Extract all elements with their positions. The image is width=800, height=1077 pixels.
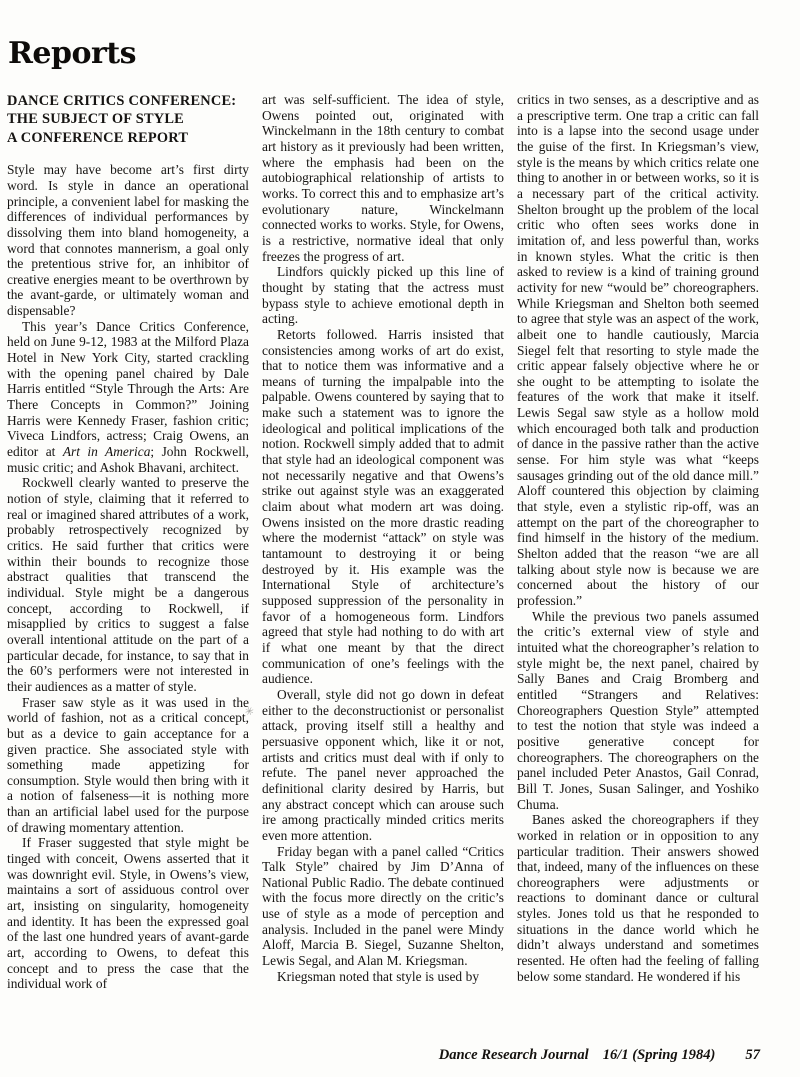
paragraph: Friday began with a panel called “Critic… <box>262 844 504 969</box>
paragraph: Kriegsman noted that style is used by <box>262 969 504 985</box>
issue-info: 16/1 (Spring 1984) <box>603 1047 716 1064</box>
scanned-journal-page: { "page": { "section_title": "Reports", … <box>0 0 800 1077</box>
journal-title: Dance Research Journal <box>439 1047 589 1064</box>
paragraph: art was self-sufficient. The idea of sty… <box>262 92 504 264</box>
paragraph: If Fraser suggested that style might be … <box>7 835 249 992</box>
text-column-3: critics in two senses, as a descriptive … <box>517 92 759 992</box>
page-number: 57 <box>745 1047 760 1064</box>
paragraph: Rockwell clearly wanted to preserve the … <box>7 475 249 694</box>
paragraph: Lindfors quickly picked up this line of … <box>262 264 504 327</box>
paragraph: Overall, style did not go down in defeat… <box>262 687 504 844</box>
paragraph: Fraser saw style as it was used in the w… <box>7 695 249 836</box>
article-heading-line: DANCE CRITICS CONFERENCE: <box>7 92 249 110</box>
paragraph: Banes asked the choreographers if they w… <box>517 812 759 984</box>
article-heading-line: THE SUBJECT OF STYLE <box>7 110 249 128</box>
article-columns: DANCE CRITICS CONFERENCE: THE SUBJECT OF… <box>7 92 759 992</box>
text-column-2: art was self-sufficient. The idea of sty… <box>262 92 504 992</box>
article-heading: DANCE CRITICS CONFERENCE: THE SUBJECT OF… <box>7 92 249 147</box>
paragraph: This year’s Dance Critics Conference, he… <box>7 319 249 476</box>
page-title: Reports <box>8 36 136 71</box>
text-column-1: DANCE CRITICS CONFERENCE: THE SUBJECT OF… <box>7 92 249 992</box>
article-heading-line: A CONFERENCE REPORT <box>7 129 249 147</box>
paragraph: While the previous two panels assumed th… <box>517 609 759 813</box>
paragraph: Style may have become art’s first dirty … <box>7 162 249 319</box>
paragraph: Retorts followed. Harris insisted that c… <box>262 327 504 687</box>
paragraph: critics in two senses, as a descriptive … <box>517 92 759 609</box>
page-footer: Dance Research Journal 16/1 (Spring 1984… <box>439 1047 760 1064</box>
